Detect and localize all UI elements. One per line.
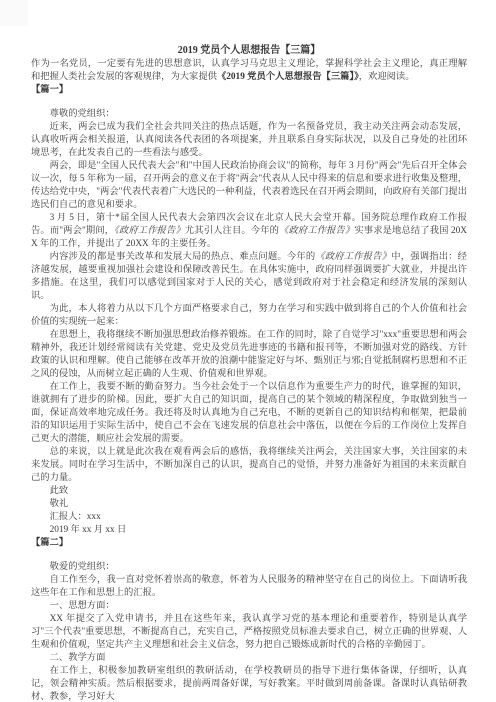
paragraph: 在工作上，积极参加教研室组织的教研活动，在学校教研员的指导下进行集体备课，仔细听… xyxy=(31,665,467,702)
text-segment: 此致 xyxy=(50,486,69,496)
text-segment: 《2019 党员个人思想报告【三篇】》 xyxy=(217,72,359,82)
paragraph: 2019 年 xx 月 xx 日 xyxy=(31,524,467,537)
paragraph: 自工作至今，我一直对党怀着崇高的敬意，怀着为人民服务的精神坚守在自己的岗位上。下… xyxy=(31,574,467,600)
text-segment: 敬爱的党组织： xyxy=(50,562,115,572)
text-segment: 为此，本人将着力从以下几个方面严格要求自己，努力在学习和实践中做到将自己的个人价… xyxy=(31,304,467,327)
text-segment: 《政府工作报告》 xyxy=(114,226,185,236)
page-title: 2019 党员个人思想报告【三篇】 xyxy=(31,44,467,57)
text-segment: 2019 年 xx 月 xx 日 xyxy=(50,525,127,535)
paragraph: 一、思想方面： xyxy=(31,600,467,613)
sections-container: 【篇一】尊敬的党组织：近来，两会已成为我们全社会共同关注的热点话题，作为一名预备… xyxy=(31,84,467,702)
intro-paragraph: 作为一名党员，一定要有先进的思想意识，认真学习马克思主义理论，掌握科学社会主义理… xyxy=(31,58,467,84)
section-heading: 【篇二】 xyxy=(31,537,467,550)
text-segment: 内容涉及的都是事关改革和发展大局的热点、难点问题。今年的 xyxy=(50,252,316,262)
text-segment: 敬礼 xyxy=(50,499,69,509)
paragraph: 为此，本人将着力从以下几个方面严格要求自己，努力在学习和实践中做到将自己的个人价… xyxy=(31,303,467,329)
text-segment: 在思想上，我将继续不断加强思想政治修养锻炼。在工作的同时，除了自觉学习"xxx"… xyxy=(31,330,467,379)
text-segment: ，欢迎阅读。 xyxy=(359,72,415,82)
section-heading: 【篇一】 xyxy=(31,84,467,97)
document-content: 2019 党员个人思想报告【三篇】 作为一名党员，一定要有先进的思想意识，认真学… xyxy=(31,44,467,702)
paragraph: 总的来说，以上就是此次我在观看两会后的感悟，我将继续关注两会，关注国家大事，关注… xyxy=(31,446,467,485)
text-segment: 二、教学方面 xyxy=(50,653,106,663)
paragraph: 二、教学方面 xyxy=(31,652,467,665)
text-segment: 尤其引人注目。今年的 xyxy=(185,226,279,236)
text-segment: 《政府工作报告》 xyxy=(279,226,354,236)
paragraph: 3 月 5 日，第十*届全国人民代表大会第四次会议在北京人民大会堂开幕。国务院总… xyxy=(31,212,467,251)
paragraph: 敬爱的党组织： xyxy=(31,561,467,574)
text-segment: 在工作上，我要不断的勤奋努力。当今社会处于一个以信息作为重要生产力的时代，谁掌握… xyxy=(31,382,467,444)
text-segment: 总的来说，以上就是此次我在观看两会后的感悟，我将继续关注两会，关注国家大事，关注… xyxy=(31,447,467,483)
text-segment: 尊敬的党组织： xyxy=(50,109,115,119)
paragraph: 近来，两会已成为我们全社会共同关注的热点话题，作为一名预备党员，我主动关注两会动… xyxy=(31,121,467,160)
text-segment: 汇报人：xxx xyxy=(50,512,101,522)
paragraph: XX 年提交了入党申请书，并且在这些年来，我认真学习党的基本理论和重要着作，特别… xyxy=(31,613,467,652)
text-segment: 自工作至今，我一直对党怀着崇高的敬意，怀着为人民服务的精神坚守在自己的岗位上。下… xyxy=(31,575,467,598)
text-segment: XX 年提交了入党申请书，并且在这些年来，我认真学习党的基本理论和重要着作，特别… xyxy=(31,614,467,650)
paragraph: 此致 xyxy=(31,485,467,498)
text-segment: 一、思想方面： xyxy=(50,601,115,611)
text-segment: 《政府工作报告》 xyxy=(315,252,391,262)
document-page: 2019 党员个人思想报告【三篇】 作为一名党员，一定要有先进的思想意识，认真学… xyxy=(0,0,496,702)
paragraph: 敬礼 xyxy=(31,498,467,511)
scan-corner-artifact xyxy=(0,0,28,26)
paragraph: 汇报人：xxx xyxy=(31,511,467,524)
paragraph: 在工作上，我要不断的勤奋努力。当今社会处于一个以信息作为重要生产力的时代，谁掌握… xyxy=(31,381,467,446)
paragraph: 两会，即是"全国人民代表大会"和"中国人民政治协商会议"的简称，每年 3 月份"… xyxy=(31,160,467,212)
text-segment: 两会，即是"全国人民代表大会"和"中国人民政治协商会议"的简称，每年 3 月份"… xyxy=(31,161,467,210)
paragraph: 在思想上，我将继续不断加强思想政治修养锻炼。在工作的同时，除了自觉学习"xxx"… xyxy=(31,329,467,381)
text-segment: 在工作上，积极参加教研室组织的教研活动，在学校教研员的指导下进行集体备课，仔细听… xyxy=(31,666,467,702)
text-segment: 近来，两会已成为我们全社会共同关注的热点话题，作为一名预备党员，我主动关注两会动… xyxy=(31,122,467,158)
paragraph: 内容涉及的都是事关改革和发展大局的热点、难点问题。今年的《政府工作报告》中，强调… xyxy=(31,251,467,303)
paragraph: 尊敬的党组织： xyxy=(31,108,467,121)
